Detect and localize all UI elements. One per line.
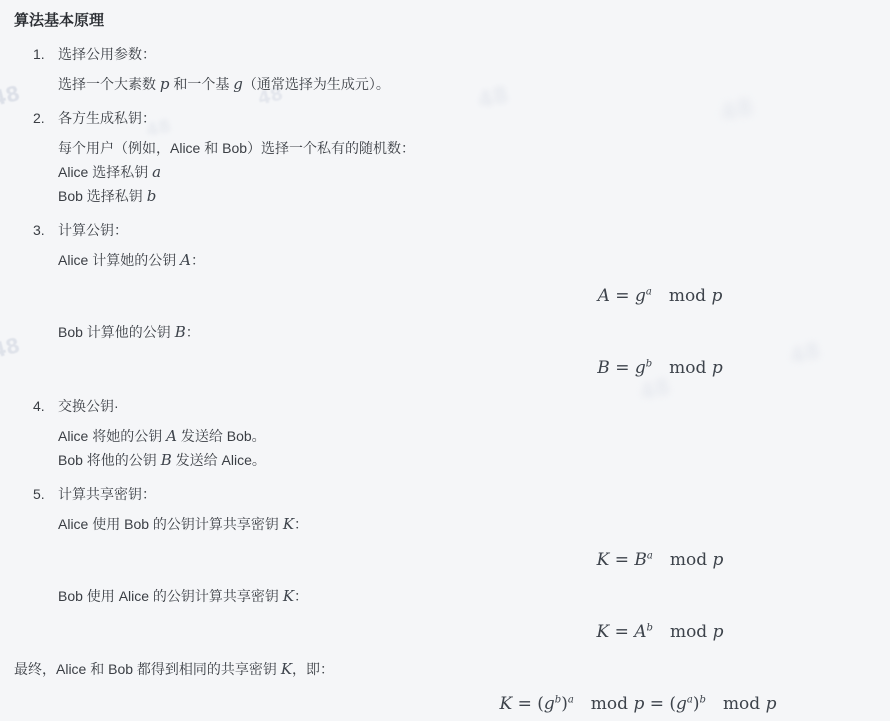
paragraph: 每个用户（例如，Alice 和 Bob）选择一个私有的随机数： Alice 选择… (58, 136, 890, 208)
step-item-4: 4. 交换公钥· Alice 将她的公钥 A 发送给 Bob。 Bob 将他的公… (14, 394, 890, 472)
paragraph: Alice 计算她的公钥 A： (58, 248, 890, 272)
text-line: 选择一个大素数 p 和一个基 g（通常选择为生成元）。 (58, 72, 890, 96)
paragraph: Alice 使用 Bob 的公钥计算共享密钥 K： (58, 512, 890, 536)
text-line: Alice 使用 Bob 的公钥计算共享密钥 K： (58, 512, 890, 536)
step-number: 5. (33, 482, 45, 506)
math-formula-B: B = gb mod p (58, 355, 890, 381)
text-line: Bob 计算他的公钥 B： (58, 320, 890, 344)
math-formula-K-bob: K = Ab mod p (58, 619, 890, 645)
step-heading: 各方生成私钥： (58, 106, 890, 130)
step-item-1: 1. 选择公用参数： 选择一个大素数 p 和一个基 g（通常选择为生成元）。 (14, 42, 890, 96)
step-number: 1. (33, 42, 45, 66)
step-heading: 交换公钥· (58, 394, 890, 418)
steps-list: 1. 选择公用参数： 选择一个大素数 p 和一个基 g（通常选择为生成元）。 2… (14, 42, 890, 645)
step-heading: 计算共享密钥： (58, 482, 890, 506)
step-heading: 计算公钥： (58, 218, 890, 242)
text-line: Alice 计算她的公钥 A： (58, 248, 890, 272)
step-number: 4. (33, 394, 45, 418)
document-body: 算法基本原理 1. 选择公用参数： 选择一个大素数 p 和一个基 g（通常选择为… (0, 0, 890, 717)
text-line: 最终，Alice 和 Bob 都得到相同的共享密钥 K，即： (14, 657, 890, 681)
step-item-3: 3. 计算公钥： Alice 计算她的公钥 A： A = ga mod p Bo… (14, 218, 890, 381)
step-item-5: 5. 计算共享密钥： Alice 使用 Bob 的公钥计算共享密钥 K： K =… (14, 482, 890, 645)
text-line: Alice 将她的公钥 A 发送给 Bob。 (58, 424, 890, 448)
step-item-2: 2. 各方生成私钥： 每个用户（例如，Alice 和 Bob）选择一个私有的随机… (14, 106, 890, 208)
step-number: 3. (33, 218, 45, 242)
paragraph: Bob 使用 Alice 的公钥计算共享密钥 K： (58, 584, 890, 608)
paragraph: 选择一个大素数 p 和一个基 g（通常选择为生成元）。 (58, 72, 890, 96)
page-title: 算法基本原理 (14, 10, 890, 32)
text-line: Bob 将他的公钥 B 发送给 Alice。 (58, 448, 890, 472)
text-line: Bob 选择私钥 b (58, 184, 890, 208)
step-heading: 选择公用参数： (58, 42, 890, 66)
math-formula-A: A = ga mod p (58, 283, 890, 309)
text-line: Alice 选择私钥 a (58, 160, 890, 184)
step-number: 2. (33, 106, 45, 130)
text-line: Bob 使用 Alice 的公钥计算共享密钥 K： (58, 584, 890, 608)
math-formula-K-alice: K = Ba mod p (58, 547, 890, 573)
paragraph: Alice 将她的公钥 A 发送给 Bob。 Bob 将他的公钥 B 发送给 A… (58, 424, 890, 472)
closing-note: 最终，Alice 和 Bob 都得到相同的共享密钥 K，即： (14, 657, 890, 681)
text-line: 每个用户（例如，Alice 和 Bob）选择一个私有的随机数： (58, 136, 890, 160)
final-formula: K = (gb)a mod p = (ga)b mod p (14, 691, 890, 717)
paragraph: Bob 计算他的公钥 B： (58, 320, 890, 344)
